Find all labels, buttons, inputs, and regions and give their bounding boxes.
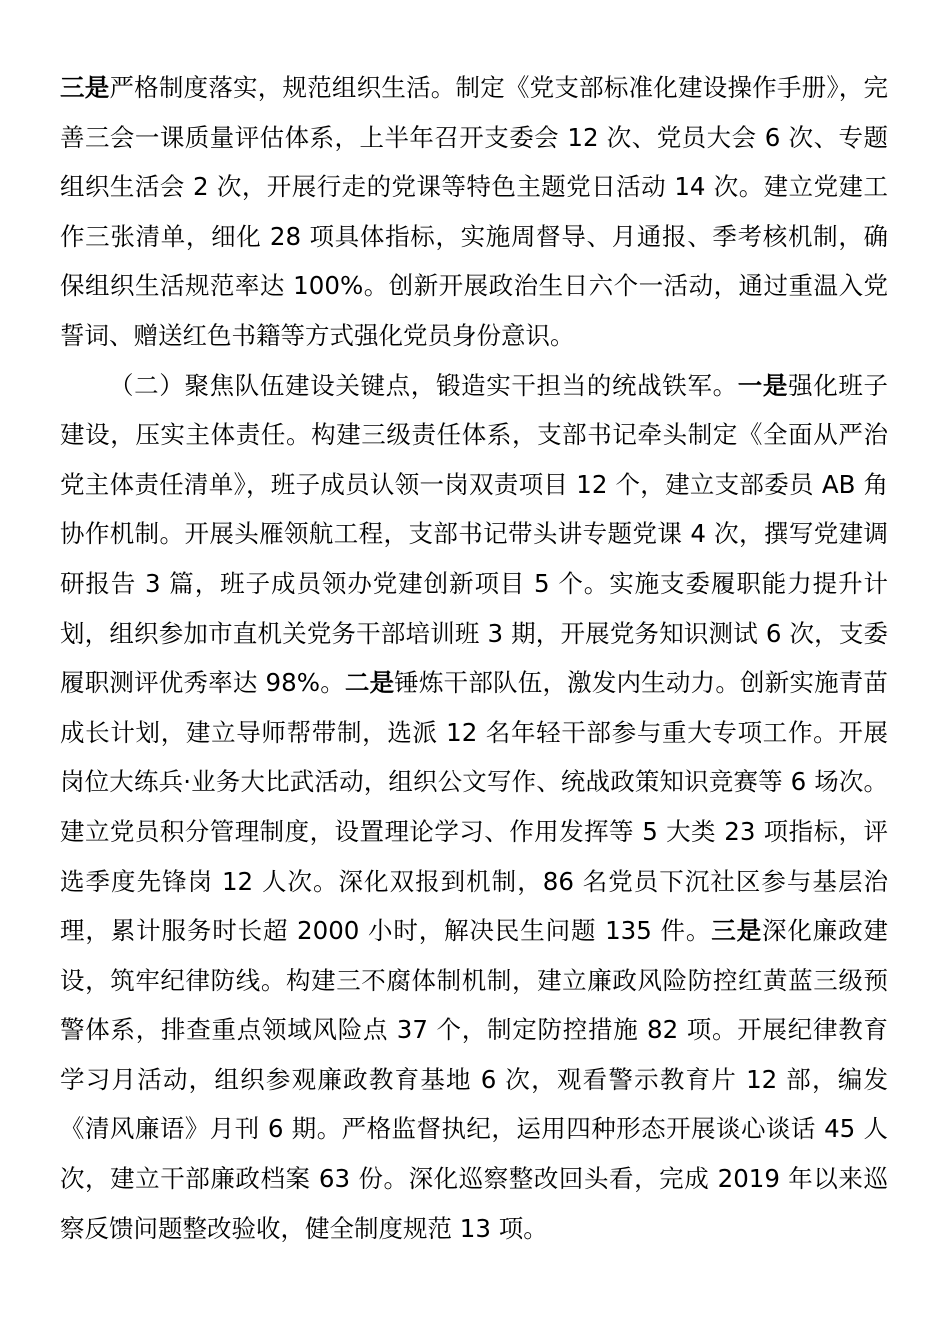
text-run: 锤炼干部队伍，激发内生动力。创新实施青苗成长计划，建立导师帮带制，选派 12 名… [60, 668, 888, 945]
bold-marker-first-point: 一是 [738, 371, 788, 400]
text-run: 深化廉政建设，筑牢纪律防线。构建三不腐体制机制，建立廉政风险防控红黄蓝三级预警体… [60, 916, 888, 1243]
bold-marker-third-point: 三是 [60, 73, 109, 102]
text-run: 严格制度落实，规范组织生活。制定《党支部标准化建设操作手册》，完善三会一课质量评… [60, 73, 888, 350]
section-two-lead-text: （二）聚焦队伍建设关键点，锻造实干担当的统战铁军。 [109, 371, 738, 400]
document-page: 三是严格制度落实，规范组织生活。制定《党支部标准化建设操作手册》，完善三会一课质… [0, 0, 950, 1344]
bold-marker-third-point-2: 三是 [711, 916, 762, 945]
bold-marker-second-point: 二是 [345, 668, 394, 697]
paragraph-continuation: 三是严格制度落实，规范组织生活。制定《党支部标准化建设操作手册》，完善三会一课质… [60, 63, 888, 361]
text-run: 强化班子建设，压实主体责任。构建三级责任体系，支部书记牵头制定《全面从严治党主体… [60, 371, 888, 698]
paragraph-section-two: （二）聚焦队伍建设关键点，锻造实干担当的统战铁军。一是强化班子建设，压实主体责任… [60, 361, 888, 1254]
